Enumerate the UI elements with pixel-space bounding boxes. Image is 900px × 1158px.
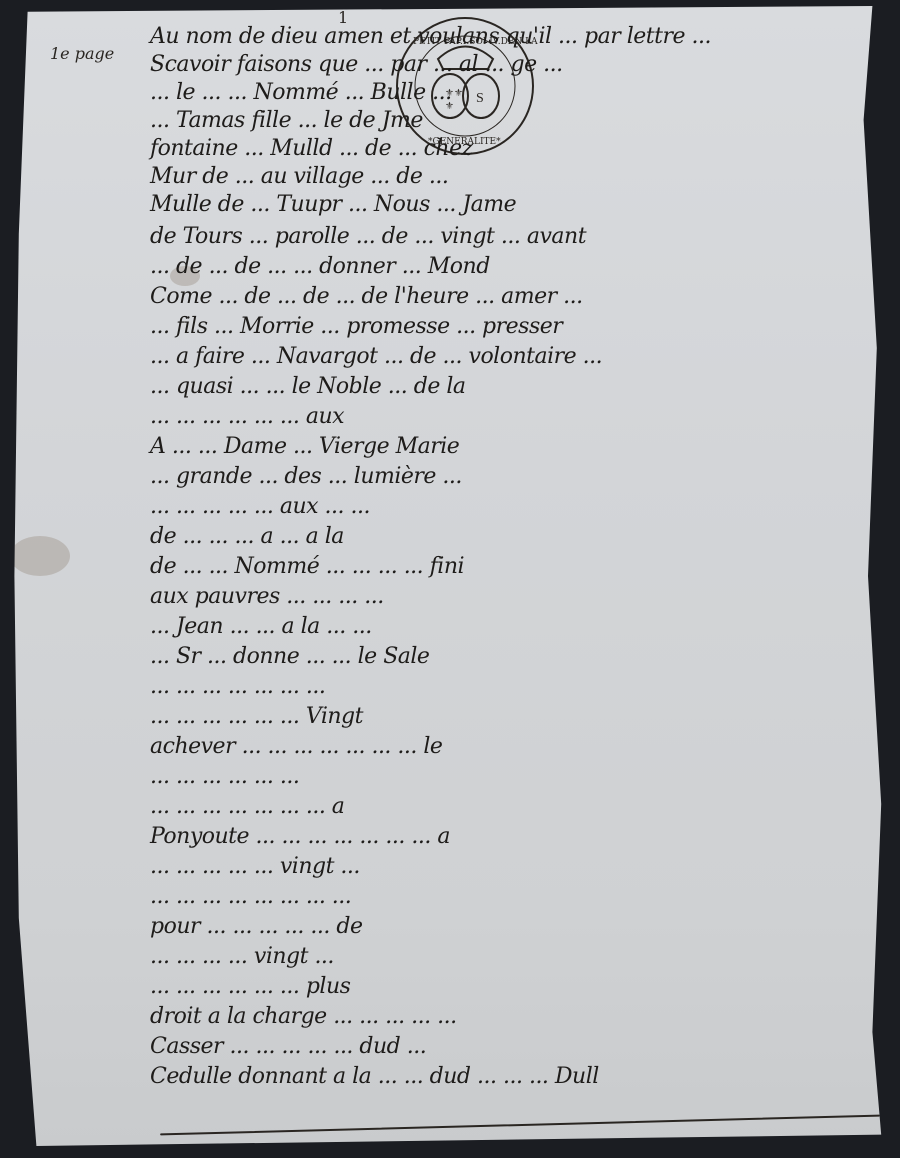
manuscript-line: ... Sr ... donne ... ... le Sale [150,644,429,669]
manuscript-line: ... fils ... Morrie ... promesse ... pre… [150,314,562,339]
manuscript-line: ... Jean ... ... a la ... ... [150,614,372,639]
manuscript-line: ... ... ... ... ... vingt ... [150,854,360,879]
manuscript-line: Ponyoute ... ... ... ... ... ... ... a [150,824,450,849]
manuscript-line: Mur de ... au village ... de ... [150,164,448,189]
manuscript-line: ... quasi ... ... le Noble ... de la [150,374,466,399]
manuscript-line: ... ... ... ... ... ... plus [150,974,350,999]
manuscript-page: 1e page 1 ⚜⚜ ⚜ S PETIT PAP.I.SOI IV.DEN … [10,6,890,1146]
manuscript-line: de ... ... Nommé ... ... ... ... fini [150,554,464,579]
manuscript-line: pour ... ... ... ... ... de [150,914,362,939]
manuscript-line: ... ... ... ... ... ... Vingt [150,704,363,729]
manuscript-line: Casser ... ... ... ... ... dud ... [150,1034,426,1059]
manuscript-line: ... de ... de ... ... donner ... Mond [150,254,490,279]
manuscript-line: ... Tamas fille ... le de Jme [150,108,423,133]
manuscript-line: Au nom de dieu amen et voulans qu'il ...… [150,24,711,49]
manuscript-line: ... ... ... ... ... aux ... ... [150,494,370,519]
manuscript-line: de Tours ... parolle ... de ... vingt ..… [150,224,586,249]
closing-flourish [160,1115,880,1136]
manuscript-line: ... ... ... ... vingt ... [150,944,334,969]
manuscript-line: ... ... ... ... ... ... ... a [150,794,344,819]
manuscript-line: Mulle de ... Tuupr ... Nous ... Jame [150,192,516,217]
manuscript-line: ... grande ... des ... lumière ... [150,464,462,489]
manuscript-line: Cedulle donnant a la ... ... dud ... ...… [150,1064,599,1089]
paper-stain [10,536,70,576]
manuscript-line: Scavoir faisons que ... par ... al ... g… [150,52,563,77]
manuscript-line: de ... ... ... a ... a la [150,524,344,549]
manuscript-line: ... ... ... ... ... ... ... ... [150,884,351,909]
manuscript-line: ... ... ... ... ... ... ... [150,674,325,699]
manuscript-line: ... ... ... ... ... ... [150,764,299,789]
manuscript-line: fontaine ... Mulld ... de ... chez [150,136,473,161]
manuscript-line: achever ... ... ... ... ... ... ... le [150,734,442,759]
manuscript-line: ... a faire ... Navargot ... de ... volo… [150,344,602,369]
manuscript-line: A ... ... Dame ... Vierge Marie [150,434,459,459]
manuscript-line: droit a la charge ... ... ... ... ... [150,1004,457,1029]
svg-text:S: S [476,91,484,106]
manuscript-line: aux pauvres ... ... ... ... [150,584,384,609]
manuscript-line: ... le ... ... Nommé ... Bulle ... [150,80,452,105]
manuscript-line: ... ... ... ... ... ... aux [150,404,344,429]
manuscript-line: Come ... de ... de ... de l'heure ... am… [150,284,583,309]
margin-note: 1e page [50,44,114,63]
